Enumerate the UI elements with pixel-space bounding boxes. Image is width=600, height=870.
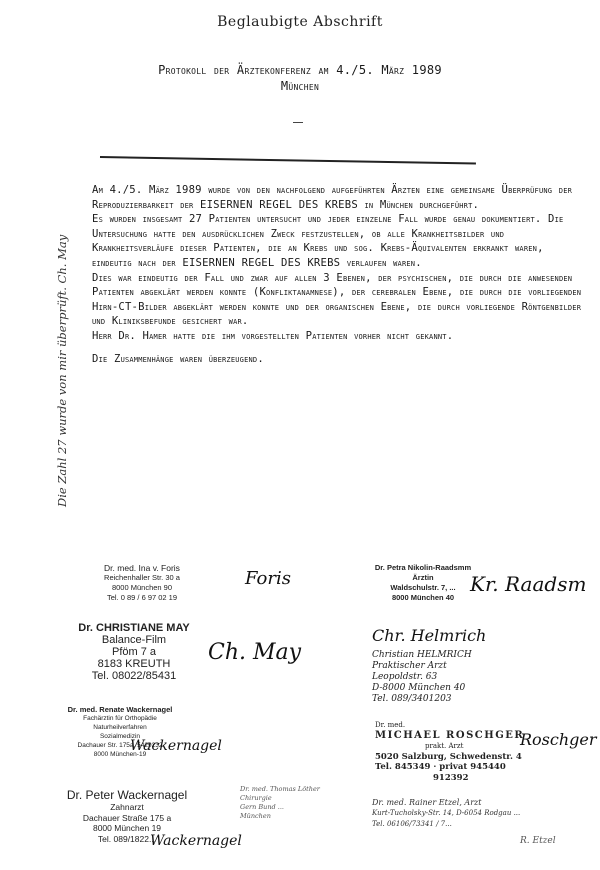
stamp-line: Dr. Peter Wackernagel	[52, 788, 202, 802]
paragraph-hamer: Herr Dr. Hamer hatte die ihm vorgestellt…	[92, 329, 588, 344]
paragraph-conclusion: Die Zusammenhänge waren überzeugend.	[92, 352, 588, 367]
stamp-line: Dr. med. Thomas Löther	[240, 785, 350, 794]
signature-renate-wackernagel: Wackernagel	[130, 738, 222, 754]
stamp-line: Reichenhaller Str. 30 a	[96, 573, 188, 583]
document-heading: Beglaubigte Abschrift	[0, 14, 600, 30]
stamp-line: Dr. med. Rainer Etzel, Arzt	[372, 797, 597, 808]
paragraph-patients: Es wurden insgesamt 27 Patienten untersu…	[92, 212, 588, 270]
stamp-line: Leopoldstr. 63	[372, 672, 542, 683]
stamp-line: Praktischer Arzt	[372, 661, 542, 672]
signature-peter-wackernagel: Wackernagel	[150, 833, 242, 849]
stamp-line: Dr. med. Renate Wackernagel	[60, 705, 180, 714]
stamp-loether: Dr. med. Thomas Löther Chirurgie Gern Bu…	[240, 785, 350, 821]
stamp-line: Chirurgie	[240, 794, 350, 803]
stamp-line: Tel. 08022/85431	[68, 670, 200, 682]
stamp-line: Dr. Petra Nikolin-Raadsmm	[368, 563, 478, 573]
stamp-line: Tel. 0 89 / 6 97 02 19	[96, 593, 188, 603]
stamp-line: Pföm 7 a	[68, 646, 200, 658]
stamp-etzel: Dr. med. Rainer Etzel, Arzt Kurt-Tuchols…	[372, 797, 597, 830]
stamp-line: 912392	[375, 773, 535, 784]
paragraph-levels: Dies war eindeutig der Fall und zwar auf…	[92, 271, 588, 329]
stamp-line: Zahnarzt	[52, 802, 202, 813]
stamp-roschger: Dr. med. MICHAEL ROSCHGER prakt. Arzt 50…	[375, 720, 535, 783]
stamp-line: Gern Bund ...	[240, 803, 350, 812]
horizontal-rule	[100, 156, 476, 165]
stamp-line: Fachärztin für Orthopädie	[60, 714, 180, 723]
stamp-line: Naturheilverfahren	[60, 723, 180, 732]
stamp-line: Balance-Film	[68, 634, 200, 646]
protocol-title: Protokoll der Ärztekonferenz am 4./5. Mä…	[0, 62, 600, 78]
stamp-line: Dr. CHRISTIANE MAY	[68, 622, 200, 634]
stamp-helmrich: Christian HELMRICH Praktischer Arzt Leop…	[372, 650, 542, 705]
signature-helmrich: Chr. Helmrich	[372, 626, 486, 645]
stamp-line: Dachauer Straße 175 a	[52, 813, 202, 824]
stamp-line: München	[240, 812, 350, 821]
paragraph-intro: Am 4./5. März 1989 wurde von den nachfol…	[92, 183, 588, 212]
protocol-body: Am 4./5. März 1989 wurde von den nachfol…	[92, 183, 588, 366]
stamp-line: Kurt-Tucholsky-Str. 14, D-6054 Rodgau ..…	[372, 808, 597, 819]
dash-mark	[293, 122, 303, 123]
stamp-line: Tel. 06106/73341 / 7...	[372, 819, 597, 830]
stamp-line: 5020 Salzburg, Schwedenstr. 4	[375, 752, 535, 763]
stamp-line: Ärztin	[368, 573, 478, 583]
stamp-line: Dr. med. Ina v. Foris	[96, 563, 188, 573]
stamp-line: Waldschulstr. 7, ...	[368, 583, 478, 593]
stamp-line: Dr. med.	[375, 720, 535, 731]
stamp-line: prakt. Arzt	[375, 741, 535, 752]
signature-foris: Foris	[245, 568, 291, 589]
margin-handwritten-note: Die Zahl 27 wurde von mir überprüft. Ch.…	[32, 160, 92, 540]
signature-nikolin: Kr. Raadsm	[470, 572, 586, 596]
stamp-may: Dr. CHRISTIANE MAY Balance-Film Pföm 7 a…	[68, 622, 200, 682]
stamp-line: 8000 München 40	[368, 593, 478, 603]
signature-may: Ch. May	[208, 640, 301, 665]
protocol-city: München	[0, 78, 600, 94]
stamp-line: 8183 KREUTH	[68, 658, 200, 670]
signature-etzel: R. Etzel	[520, 836, 556, 846]
protocol-header: Protokoll der Ärztekonferenz am 4./5. Mä…	[0, 62, 600, 94]
stamp-line: Tel. 845349 · privat 945440	[375, 762, 535, 773]
stamp-line: Christian HELMRICH	[372, 650, 542, 661]
stamp-line: 8000 München 19	[52, 823, 202, 834]
stamp-foris: Dr. med. Ina v. Foris Reichenhaller Str.…	[96, 563, 188, 603]
stamp-line: MICHAEL ROSCHGER	[375, 731, 535, 742]
signature-roschger: Roschger	[520, 730, 597, 749]
stamp-nikolin: Dr. Petra Nikolin-Raadsmm Ärztin Waldsch…	[368, 563, 478, 603]
stamp-line: 8000 München 90	[96, 583, 188, 593]
stamp-line: Tel. 089/3401203	[372, 694, 542, 705]
stamp-line: D-8000 München 40	[372, 683, 542, 694]
margin-note-text: Die Zahl 27 wurde von mir überprüft. Ch.…	[55, 167, 69, 507]
